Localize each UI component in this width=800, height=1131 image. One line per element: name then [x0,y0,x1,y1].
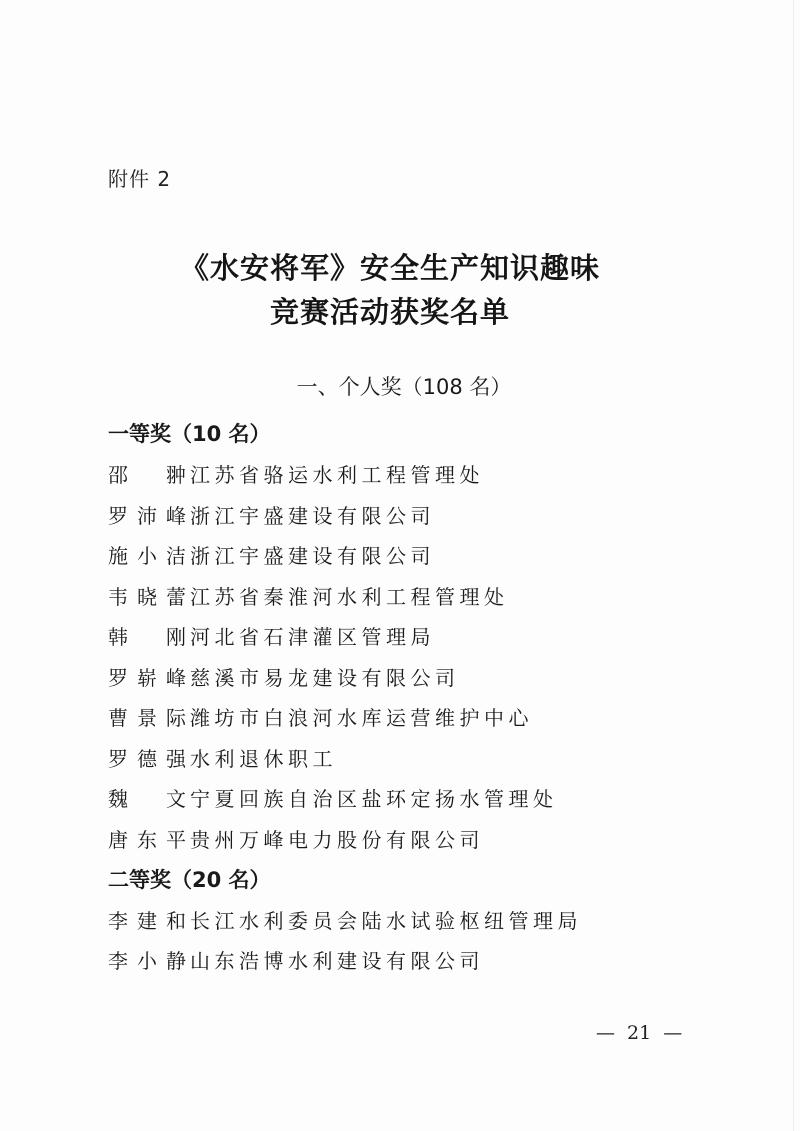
winner-org: 水利退休职工 [190,743,337,772]
list-item: 罗崭峰 慈溪市易龙建设有限公司 [108,656,728,697]
winner-org: 浙江宇盛建设有限公司 [190,500,435,529]
section-heading-text: 一、个人奖（108 名） [297,375,512,399]
winner-name: 罗沛峰 [108,500,190,529]
winner-name: 李建和 [108,905,190,934]
list-item: 罗沛峰 浙江宇盛建设有限公司 [108,494,728,535]
winner-name: 邵 翀 [108,459,190,488]
prize-heading-second: 二等奖（20 名） [108,859,728,900]
winner-org: 长江水利委员会陆水试验枢纽管理局 [190,905,582,934]
section-heading: 一、个人奖（108 名） [0,371,800,401]
winner-name: 唐东平 [108,824,190,853]
document-page: 附件 2 《水安将军》安全生产知识趣味 竞赛活动获奖名单 一、个人奖（108 名… [0,0,800,1131]
list-item: 曹景际 潍坊市白浪河水库运营维护中心 [108,697,728,738]
winner-org: 江苏省骆运水利工程管理处 [190,459,484,488]
winner-name: 罗崭峰 [108,662,190,691]
list-item: 韦晓蕾 江苏省秦淮河水利工程管理处 [108,575,728,616]
winner-name: 施小洁 [108,540,190,569]
winner-name: 韩 刚 [108,621,190,650]
page-edge [793,0,794,1131]
document-title-line-1: 《水安将军》安全生产知识趣味 [0,246,790,287]
winner-name: 李小静 [108,945,190,974]
winner-name: 罗德强 [108,743,190,772]
winner-org: 贵州万峰电力股份有限公司 [190,824,484,853]
list-item: 施小洁 浙江宇盛建设有限公司 [108,535,728,576]
list-item: 李小静 山东浩博水利建设有限公司 [108,940,728,981]
list-item: 罗德强 水利退休职工 [108,737,728,778]
list-item: 邵 翀 江苏省骆运水利工程管理处 [108,454,728,495]
winner-name: 韦晓蕾 [108,581,190,610]
list-item: 韩 刚 河北省石津灌区管理局 [108,616,728,657]
winner-org: 江苏省秦淮河水利工程管理处 [190,581,509,610]
winner-name: 曹景际 [108,702,190,731]
winner-org: 河北省石津灌区管理局 [190,621,435,650]
list-item: 唐东平 贵州万峰电力股份有限公司 [108,818,728,859]
winner-org: 浙江宇盛建设有限公司 [190,540,435,569]
winner-org: 宁夏回族自治区盐环定扬水管理处 [190,783,558,812]
document-title-line-2: 竞赛活动获奖名单 [0,290,790,331]
prize-heading-first: 一等奖（10 名） [108,413,728,454]
winner-name: 魏 文 [108,783,190,812]
winner-org: 山东浩博水利建设有限公司 [190,945,484,974]
list-item: 魏 文 宁夏回族自治区盐环定扬水管理处 [108,778,728,819]
page-number: — 21 — [596,1022,682,1044]
winners-list: 一等奖（10 名） 邵 翀 江苏省骆运水利工程管理处 罗沛峰 浙江宇盛建设有限公… [108,413,728,980]
winner-org: 潍坊市白浪河水库运营维护中心 [190,702,533,731]
attachment-label: 附件 2 [108,163,171,192]
list-item: 李建和 长江水利委员会陆水试验枢纽管理局 [108,899,728,940]
winner-org: 慈溪市易龙建设有限公司 [190,662,460,691]
